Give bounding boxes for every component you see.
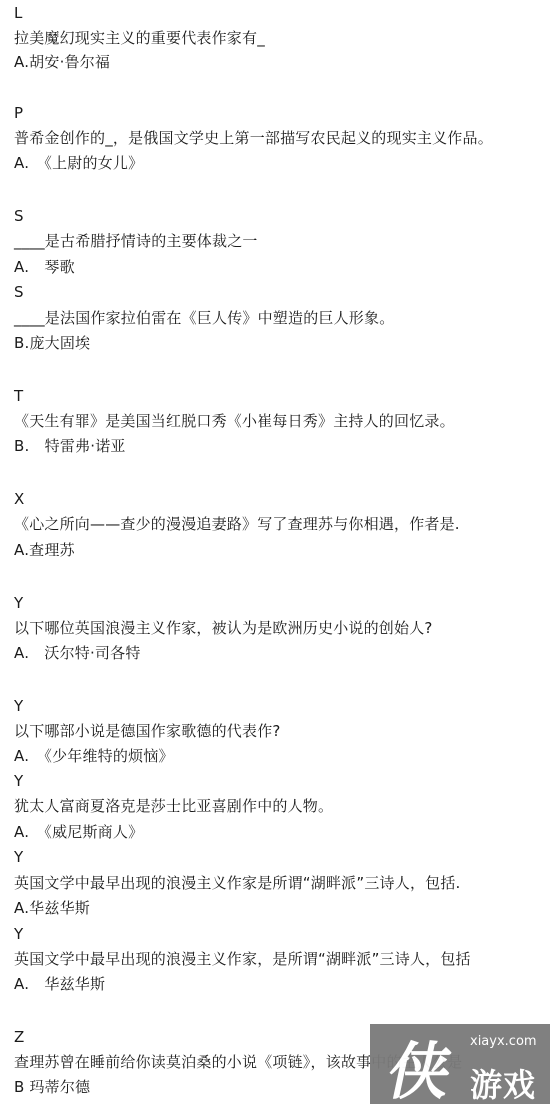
section-letter: Y bbox=[14, 772, 23, 790]
answer-text: A. 《上尉的女儿》 bbox=[14, 154, 143, 172]
answer-text: A. 华兹华斯 bbox=[14, 975, 105, 993]
watermark-domain: xiayx.com bbox=[470, 1034, 537, 1049]
watermark-name: 游戏 bbox=[470, 1060, 536, 1104]
question-text: 以下哪部小说是德国作家歌德的代表作? bbox=[14, 722, 281, 740]
section-letter: Y bbox=[14, 697, 23, 715]
question-text: ____是古希腊抒情诗的主要体裁之一 bbox=[14, 232, 258, 250]
answer-text: A. 琴歌 bbox=[14, 258, 75, 276]
answer-text: B 玛蒂尔德 bbox=[14, 1078, 90, 1096]
answer-text: B.庞大固埃 bbox=[14, 334, 90, 352]
question-text: 《天生有罪》是美国当红脱口秀《小崔每日秀》主持人的回忆录。 bbox=[14, 412, 455, 430]
answer-text: A.华兹华斯 bbox=[14, 899, 90, 917]
section-letter: Y bbox=[14, 594, 23, 612]
question-text: 犹太人富商夏洛克是莎士比亚喜剧作中的人物。 bbox=[14, 797, 333, 815]
watermark-logo-icon: 侠 bbox=[381, 1022, 462, 1104]
question-text: 英国文学中最早出现的浪漫主义作家是所谓“湖畔派”三诗人，包括. bbox=[14, 874, 461, 892]
section-letter: P bbox=[14, 104, 23, 122]
watermark: 侠 xiayx.com 游戏 bbox=[370, 1024, 550, 1104]
question-text: 以下哪位英国浪漫主义作家，被认为是欧洲历史小说的创始人? bbox=[14, 619, 433, 637]
section-letter: Y bbox=[14, 925, 23, 943]
answer-text: A.胡安·鲁尔福 bbox=[14, 53, 110, 71]
question-text: 拉美魔幻现实主义的重要代表作家有_ bbox=[14, 29, 265, 47]
answer-text: A. 《威尼斯商人》 bbox=[14, 823, 143, 841]
answer-text: A. 《少年维特的烦恼》 bbox=[14, 747, 174, 765]
section-letter: T bbox=[14, 387, 23, 405]
section-letter: Y bbox=[14, 848, 23, 866]
question-text: 英国文学中最早出现的浪漫主义作家，是所谓“湖畔派”三诗人，包括 bbox=[14, 950, 471, 968]
answer-text: A. 沃尔特·司各特 bbox=[14, 644, 141, 662]
question-text: 普希金创作的_，是俄国文学史上第一部描写农民起义的现实主义作品。 bbox=[14, 129, 493, 147]
section-letter: L bbox=[14, 4, 23, 22]
section-letter: S bbox=[14, 207, 24, 225]
question-text: ____是法国作家拉伯雷在《巨人传》中塑造的巨人形象。 bbox=[14, 309, 394, 327]
answer-text: A.查理苏 bbox=[14, 541, 75, 559]
section-letter: S bbox=[14, 283, 24, 301]
answer-text: B. 特雷弗·诺亚 bbox=[14, 437, 126, 455]
section-letter: X bbox=[14, 490, 24, 508]
question-text: 《心之所向——查少的漫漫追妻路》写了查理苏与你相遇，作者是. bbox=[14, 515, 460, 533]
section-letter: Z bbox=[14, 1028, 24, 1046]
